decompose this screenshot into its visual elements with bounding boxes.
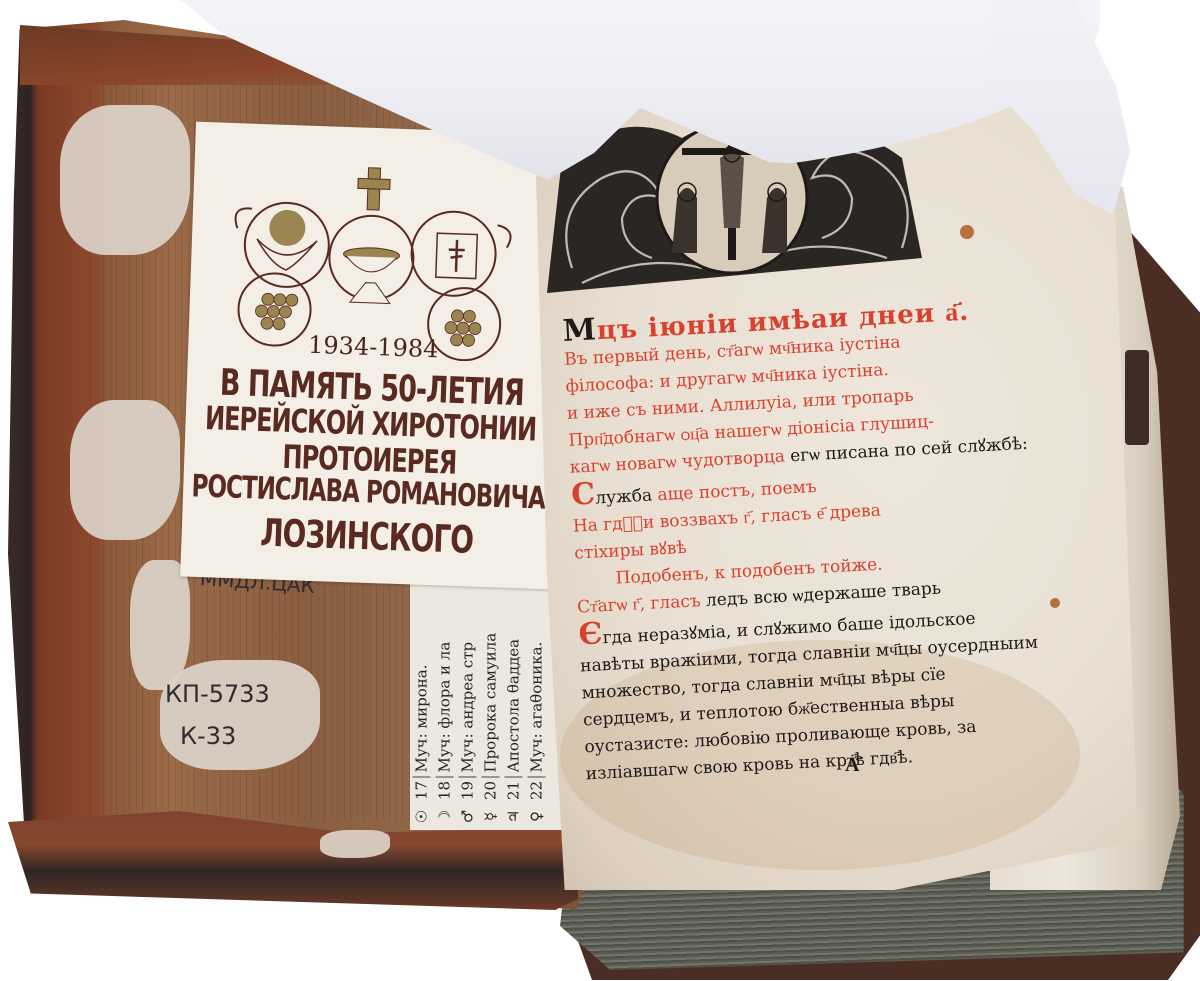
gospel-book-icon	[436, 233, 478, 278]
bookplate-line: ЛОЗИНСКОГО	[181, 508, 552, 565]
handwritten-shelf-mark: К-33	[180, 722, 236, 750]
bookplate-ex-libris: 1934-1984 В ПАМЯТЬ 50-ЛЕТИЯ ИЕРЕЙСКОЙ ХИ…	[180, 122, 566, 590]
handwritten-inventory-number: КП-5733	[165, 680, 270, 708]
foxing-spot	[960, 225, 974, 239]
book-clasp	[1125, 350, 1149, 445]
calendar-row: ☽18Муч: флора и ла	[434, 575, 457, 830]
calendar-row: ☉17Муч: мирона.	[411, 575, 434, 830]
page-text-block: Мцъ іюніи имѣаи днеи а҃. Въ первый день,…	[562, 295, 1016, 788]
calendar-row: ♃21Апостола θаддеа	[503, 575, 526, 830]
paper-residue	[60, 105, 190, 255]
printed-calendar-fragment: ☉17Муч: мирона. ☽18Муч: флора и ла ♂19Му…	[410, 575, 568, 830]
paper-residue	[320, 830, 390, 858]
dove-icon	[256, 209, 318, 271]
cross-icon	[357, 167, 390, 210]
paper-residue	[70, 400, 180, 540]
calendar-row: ♀22Муч: агаθоника.	[526, 575, 549, 830]
foxing-spot	[1050, 598, 1060, 608]
paper-residue	[160, 660, 320, 770]
calendar-row: ♂19Муч: андреа стр	[457, 575, 480, 830]
calendar-row: ☿20Пророка самуила	[480, 575, 503, 830]
